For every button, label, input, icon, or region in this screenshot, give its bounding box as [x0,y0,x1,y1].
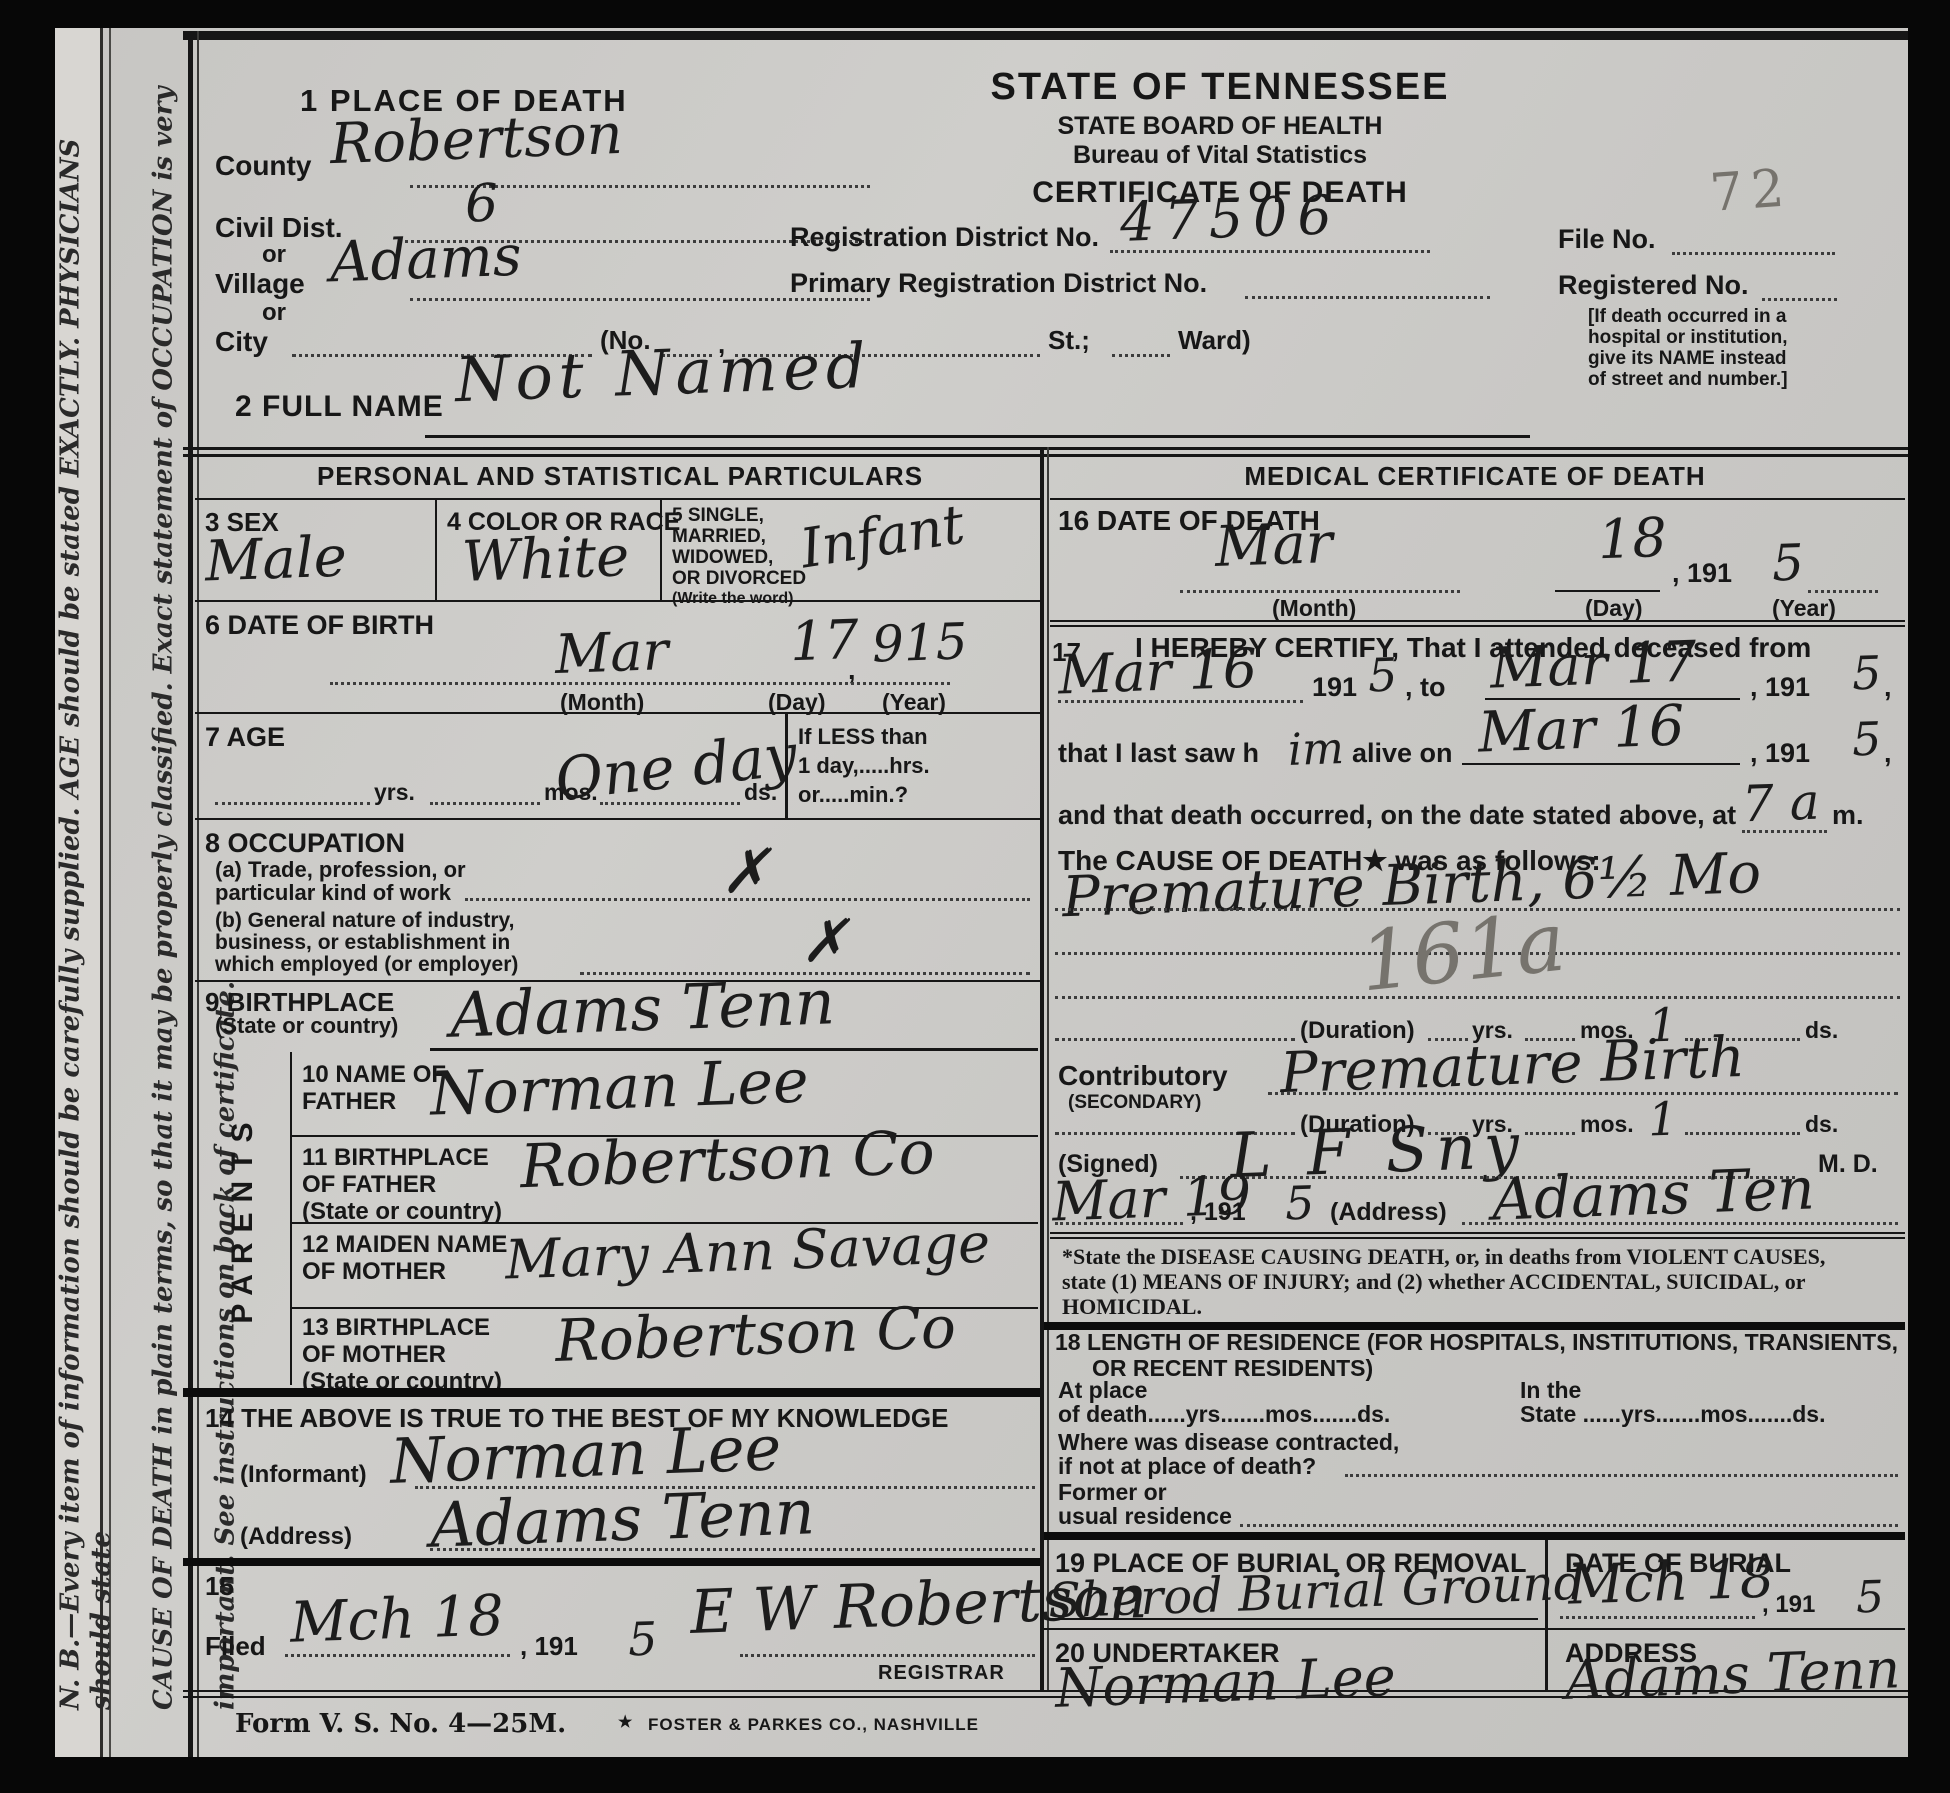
hospital-note: [If death occurred in a hospital or inst… [1588,306,1788,390]
undertaker-value: Norman Lee [1054,1650,1396,1716]
form-number: Form V. S. No. 4—25M. [235,1710,566,1739]
printers-mark-icon: ★ [618,1714,632,1732]
dod-year-prefix: , 191 [1672,558,1732,588]
at-place-units: of death......yrs.......mos.......ds. [1058,1402,1390,1428]
personal-section-title: PERSONAL AND STATISTICAL PARTICULARS [215,462,1025,491]
dotted-line [1058,700,1303,703]
dotted-line [1240,1524,1898,1527]
dotted-line [1245,296,1490,299]
section-divider [183,447,1908,450]
registered-no-label: Registered No. [1558,270,1749,300]
village-label: Village [215,268,305,299]
dotted-line [1685,1132,1800,1135]
filed-label: Filed [205,1632,266,1661]
dotted-line [1742,830,1827,833]
board-title: STATE BOARD OF HEALTH [990,112,1450,140]
full-name-line [425,435,1530,438]
dotted-line [1560,1616,1755,1619]
pencil-code-stamp: 161a [1356,901,1569,1004]
burial-year-hw: 5 [1855,1576,1885,1621]
mother-birthplace-value: Robertson Co [554,1298,957,1370]
attended-from-year-prefix: 191 [1312,672,1357,702]
meridiem-label: m. [1832,800,1864,830]
at-place-label: At place [1058,1378,1147,1404]
dotted-line [1055,1038,1295,1041]
dotted-line [1808,590,1878,593]
civil-dist-value: 6 [464,177,499,230]
form-left-border [188,31,193,1757]
rule [1050,625,1905,627]
last-saw-pre: that I last saw h [1058,738,1259,768]
secondary-label: (SECONDARY) [1068,1092,1201,1113]
civil-dist-label: Civil Dist. [215,212,343,243]
filed-date-value: Mch 18 [289,1588,505,1651]
rule [1050,620,1905,622]
mother-name-value: Mary Ann Savage [504,1217,991,1288]
village-value: Adams [329,229,522,292]
dod-year-hw: 5 [1771,537,1805,588]
county-label: County [215,150,311,181]
father-name-value: Norman Lee [429,1051,809,1124]
mos-label: mos. [1580,1112,1634,1138]
section-divider [183,454,1908,457]
contracted-label: Where was disease contracted, [1058,1430,1399,1456]
margin-line-2: CAUSE OF DEATH in plain terms, so that i… [149,86,179,1710]
former-label-2: usual residence [1058,1504,1232,1530]
month-label: (Month) [1272,596,1356,622]
contributory-label: Contributory [1058,1060,1228,1091]
physician-address-label: (Address) [1330,1198,1447,1226]
rule [1050,498,1905,500]
full-name-label: 2 FULL NAME [235,390,444,424]
signed-year-hw: 5 [1284,1180,1315,1227]
medical-section-title: MEDICAL CERTIFICATE OF DEATH [1060,462,1890,491]
dotted-line [1268,1092,1898,1095]
attended-to-year-hw: 5 [1851,650,1882,697]
cell-divider [785,712,788,818]
birthplace-sublabel: (State or country) [215,1014,398,1039]
dotted-line [1112,354,1170,357]
dotted-line [410,298,870,301]
father-birthplace-value: Robertson Co [519,1123,936,1197]
primary-registration-label: Primary Registration District No. [790,268,1207,298]
street-label: St.; [1048,326,1090,355]
to-label: , to [1405,672,1446,702]
md-label: M. D. [1818,1150,1878,1178]
informant-label: (Informant) [240,1462,367,1489]
or-label: or [262,242,286,269]
or-label: or [262,300,286,327]
birthplace-value: Adams Tenn [449,971,836,1046]
cell-divider [435,500,437,600]
occupation-label: 8 OCCUPATION [205,828,405,858]
bureau-title: Bureau of Vital Statistics [990,141,1450,169]
printer-name: FOSTER & PARKES CO., NASHVILLE [648,1715,979,1734]
line [1048,1618,1538,1620]
rule [1050,1232,1905,1234]
last-saw-him-hw: im [1287,727,1344,773]
sex-value: Male [204,530,348,591]
death-occurred-line: and that death occurred, on the date sta… [1058,800,1736,830]
day-label: (Day) [1585,596,1643,622]
comma-label: , [1884,738,1892,768]
ds-label: ds. [1805,1018,1838,1044]
dotted-line [430,1548,1035,1551]
dotted-line [215,802,370,805]
rule [195,712,1040,714]
comma-label: , [1884,672,1892,702]
registrar-label: REGISTRAR [878,1662,1005,1684]
father-name-label: 10 NAME OF FATHER [302,1062,446,1116]
marital-label: 5 SINGLE, MARRIED, WIDOWED, OR DIVORCED [672,505,806,589]
file-number-stamp: 72 [1708,162,1794,220]
attended-to-date: Mar 17 [1489,634,1697,697]
ward-label: Ward) [1178,326,1251,355]
occupation-a-value: ✗ [719,841,771,903]
county-value: Robertson [329,107,623,173]
last-saw-year-hw: 5 [1851,716,1882,763]
ds-label: ds. [1805,1112,1838,1138]
physician-address-value: Adams Ten [1491,1159,1815,1228]
occupation-b-value: ✗ [799,911,850,971]
informant-address-label: (Address) [240,1524,352,1551]
line [1462,763,1740,765]
dod-month-value: Mar [1214,516,1333,576]
comma-label: , [848,655,856,685]
dod-day-value: 18 [1597,511,1668,567]
parents-box-divider [290,1052,292,1385]
rule [195,600,1040,602]
file-no-label: File No. [1558,224,1656,254]
rule [195,818,1040,820]
parents-label: PARENTS [226,1112,260,1323]
death-time-hw: 7 a [1741,777,1820,830]
last-saw-post: alive on [1352,738,1453,768]
form-top-border [183,31,1908,40]
attended-from-date: Mar 16 [1057,642,1258,703]
age-label: 7 AGE [205,722,285,752]
mother-name-label: 12 MAIDEN NAME OF MOTHER [302,1232,507,1286]
registration-district-label: Registration District No. [790,222,1099,252]
full-name-value: Not Named [454,335,873,412]
yrs-label: yrs. [374,780,415,806]
state-units: State ......yrs.......mos.......ds. [1520,1402,1826,1428]
state-title: STATE OF TENNESSEE [990,66,1450,109]
dotted-line [1055,1222,1183,1225]
cause-footnote: *State the DISEASE CAUSING DEATH, or, in… [1062,1244,1825,1319]
rule [1050,1237,1905,1239]
dotted-line [1110,250,1430,253]
attended-from-year-hw: 5 [1367,652,1398,699]
dotted-line [1525,1132,1575,1135]
margin-instructions: N. B.—Every item of information should b… [25,50,242,1710]
marital-sublabel: (Write the word) [672,590,793,608]
former-label: Former or [1058,1480,1167,1506]
occupation-b-label: (b) General nature of industry, business… [215,910,518,976]
occupation-a-label: (a) Trade, profession, or particular kin… [215,858,466,904]
dotted-line [740,1654,1035,1657]
attended-to-year-prefix: , 191 [1750,672,1810,702]
line [1555,590,1660,592]
dob-month-value: Mar [554,624,669,682]
dotted-line [1180,590,1460,593]
burial-date-value: Mch 18 [1567,1551,1775,1612]
age-less-than-box: If LESS than 1 day,.....hrs. or.....min.… [798,722,930,809]
filed-year-prefix: , 191 [520,1632,578,1661]
filed-year-hw: 5 [627,1616,658,1663]
race-value: White [461,529,630,591]
dotted-line [430,802,540,805]
dotted-line [285,1654,510,1657]
form-left-border-inner [197,31,199,1757]
rule [1044,1628,1905,1630]
registration-district-value: 47506 [1119,188,1343,250]
last-saw-date: Mar 16 [1477,698,1685,761]
margin-line-1: N. B.—Every item of information should b… [56,139,117,1710]
thick-rule [183,1388,1040,1397]
thick-rule [1044,1532,1905,1540]
father-birthplace-label: 11 BIRTHPLACE OF FATHER (State or countr… [302,1145,502,1226]
year-label: (Year) [1772,596,1836,622]
undertaker-address-value: Adams Tenn [1564,1642,1901,1708]
thick-rule [183,1558,1040,1566]
dotted-line [1345,1474,1898,1477]
dotted-line [1462,1222,1898,1225]
informant-address-value: Adams Tenn [429,1481,816,1556]
contracted-label-2: if not at place of death? [1058,1454,1316,1480]
burial-year-prefix: , 191 [1762,1592,1815,1619]
dob-label: 6 DATE OF BIRTH [205,610,434,640]
last-saw-year-prefix: , 191 [1750,738,1810,768]
signed-year-prefix: , 191 [1190,1198,1246,1226]
duration-mos-value: 1 [1647,1096,1678,1143]
dotted-line [1672,252,1835,255]
item15-label: 15 [205,1572,234,1601]
city-label: City [215,326,268,357]
mother-birthplace-label: 13 BIRTHPLACE OF MOTHER (State or countr… [302,1315,502,1396]
in-the-label: In the [1520,1378,1581,1404]
scanned-death-certificate: N. B.—Every item of information should b… [0,0,1950,1793]
dotted-line [330,682,950,685]
column-divider [1040,447,1044,1692]
dob-year-value: 915 [871,616,968,669]
residence-label: 18 LENGTH OF RESIDENCE (FOR HOSPITALS, I… [1055,1330,1898,1356]
column-divider-inner [1047,447,1049,1692]
dotted-line [1762,298,1837,301]
